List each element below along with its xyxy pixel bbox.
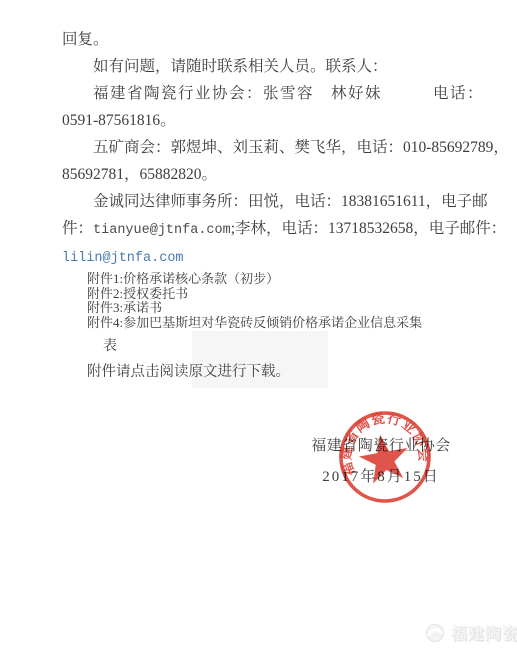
official-seal-graphic: 福建省陶瓷行业协会 — [330, 402, 440, 512]
watermark-label: 福建陶瓷 — [451, 621, 517, 644]
attachment-item-1: 附件1:价格承诺核心条款（初步） — [87, 272, 456, 287]
lawfirm-email-label: 件： — [62, 220, 93, 237]
scanned-letter-page: 回复。 如有问题，请随时联系相关人员。联系人： 福建省陶瓷行业协会：张雪容 林好… — [0, 0, 517, 659]
attachment-4-wrap-line: 表 — [103, 337, 456, 357]
reply-line: 回复。 — [62, 26, 456, 53]
attachment-list: 附件1:价格承诺核心条款（初步） 附件2:授权委托书 附件3:承诺书 附件4:参… — [87, 272, 456, 330]
attachment-item-4: 附件4:参加巴基斯坦对华瓷砖反倾销价格承诺企业信息采集 — [87, 316, 456, 331]
contact-intro-line: 如有问题，请随时联系相关人员。联系人： — [62, 53, 456, 80]
lawfirm-email-1: tianyue@jtnfa.com — [93, 223, 231, 238]
minmetals-contact-line: 五矿商会：郭煜坤、刘玉莉、樊飞华，电话：010-85692789， — [62, 134, 456, 161]
ceramic-logo-icon — [424, 622, 446, 644]
lawfirm-email-2-line: lilin@jtnfa.com — [62, 244, 456, 271]
lawfirm-contact-wrap-line: 件：tianyue@jtnfa.com;李林，电话：13718532658，电子… — [62, 215, 456, 244]
seal-star — [356, 430, 413, 485]
watermark-logo: 福建陶瓷 — [424, 621, 517, 644]
official-seal: 福建省陶瓷行业协会 — [330, 402, 440, 512]
lawfirm-email-2-link[interactable]: lilin@jtnfa.com — [62, 251, 184, 266]
lawfirm-contact-2: ;李林，电话：13718532658，电子邮件： — [231, 220, 507, 237]
attachment-item-2: 附件2:授权委托书 — [87, 287, 456, 302]
attachment-item-3: 附件3:承诺书 — [87, 301, 456, 316]
fujian-assoc-contact-line: 福建省陶瓷行业协会：张雪容 林好妹 电话： — [62, 80, 456, 107]
download-note: 附件请点击阅读原文进行下载。 — [87, 361, 456, 383]
letter-body: 回复。 如有问题，请随时联系相关人员。联系人： 福建省陶瓷行业协会：张雪容 林好… — [62, 26, 456, 383]
lawfirm-contact-line: 金诚同达律师事务所：田悦，电话：18381651611，电子邮 — [62, 188, 456, 215]
minmetals-phones-line: 85692781，65882820。 — [62, 161, 456, 188]
fujian-assoc-phone-line: 0591-87561816。 — [62, 107, 456, 134]
